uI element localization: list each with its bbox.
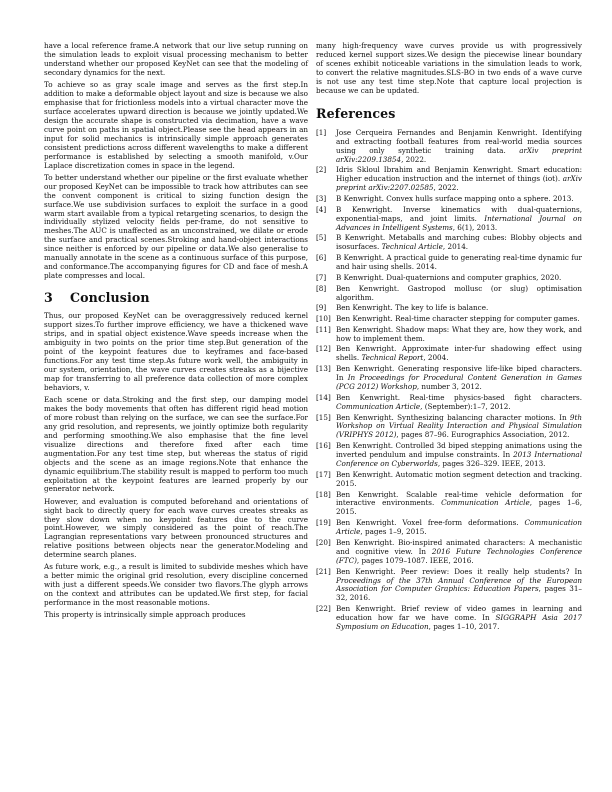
body-paragraph: many high-frequency wave curves provide … [316,42,582,96]
reference-text: B Kenwright. Metaballs and marching cube… [336,233,582,251]
references-heading: References [316,107,582,121]
reference-authors-title: Ben Kenwright. Real-time physics-based f… [336,393,582,402]
reference-label: [13] [316,365,334,374]
right-column: many high-frequency wave curves provide … [316,42,582,634]
reference-item: [17]Ben Kenwright. Automatic motion segm… [316,471,582,489]
reference-text: Ben Kenwright. Bio-inspired animated cha… [336,538,582,565]
section-title: Conclusion [70,290,150,305]
reference-label: [3] [316,195,334,204]
reference-item: [2]Idris Skloul Ibrahim and Benjamin Ken… [316,166,582,193]
reference-label: [4] [316,206,334,215]
reference-item: [18]Ben Kenwright. Scalable real-time ve… [316,491,582,518]
reference-text: Ben Kenwright. Approximate inter-fur sha… [336,344,582,362]
body-paragraph: As future work, e.g., a result is limite… [44,563,308,608]
reference-label: [18] [316,491,334,500]
reference-label: [8] [316,285,334,294]
reference-details: , pages 87–96. Eurographics Association,… [396,430,569,439]
reference-details: , pages 1079–1087. IEEE, 2016. [357,556,474,565]
reference-authors-title: Ben Kenwright. Shadow maps: What they ar… [336,325,582,343]
reference-item: [13]Ben Kenwright. Generating responsive… [316,365,582,392]
reference-authors-title: B Kenwright. Convex hulls surface mappin… [336,194,574,203]
body-paragraph: have a local reference frame.A network t… [44,42,308,78]
section-heading-conclusion: 3Conclusion [44,291,308,305]
reference-authors-title: Ben Kenwright. Automatic motion segment … [336,470,582,488]
reference-label: [14] [316,394,334,403]
reference-text: Ben Kenwright. Synthesizing balancing ch… [336,413,582,440]
reference-item: [16]Ben Kenwright. Controlled 3d biped s… [316,442,582,469]
reference-text: Ben Kenwright. Peer review: Does it real… [336,567,582,603]
reference-text: Ben Kenwright. Voxel free-form deformati… [336,518,582,536]
reference-item: [5]B Kenwright. Metaballs and marching c… [316,234,582,252]
reference-details: , 2022. [401,155,426,164]
reference-text: Idris Skloul Ibrahim and Benjamin Kenwri… [336,165,582,192]
section-number: 3 [44,291,70,305]
reference-venue: Communication Article [336,402,420,411]
reference-details: , (September):1–7, 2012. [420,402,511,411]
reference-venue: Technical Article [382,242,443,251]
reference-text: B Kenwright. Dual-quaternions and comput… [336,273,561,282]
reference-text: Ben Kenwright. Generating responsive lif… [336,364,582,391]
reference-authors-title: Ben Kenwright. The key to life is balanc… [336,303,488,312]
reference-item: [6]B Kenwright. A practical guide to gen… [316,254,582,272]
reference-text: Ben Kenwright. Gastropod mollusc (or slu… [336,284,582,302]
reference-details: , pages 1–9, 2015. [360,527,426,536]
reference-item: [21]Ben Kenwright. Peer review: Does it … [316,568,582,604]
reference-authors-title: Ben Kenwright. Voxel free-form deformati… [336,518,525,527]
reference-label: [20] [316,539,334,548]
reference-item: [15]Ben Kenwright. Synthesizing balancin… [316,414,582,441]
body-paragraph: Each scene or data.Stroking and the firs… [44,396,308,494]
reference-details: , pages 326–329. IEEE, 2013. [438,459,546,468]
reference-label: [5] [316,234,334,243]
reference-item: [14]Ben Kenwright. Real-time physics-bas… [316,394,582,412]
reference-authors-title: Ben Kenwright. Real-time character stepp… [336,314,580,323]
reference-item: [4]B Kenwright. Inverse kinematics with … [316,206,582,233]
body-paragraph: To better understand whether our pipelin… [44,174,308,281]
reference-text: Ben Kenwright. Shadow maps: What they ar… [336,325,582,343]
reference-label: [21] [316,568,334,577]
reference-text: Ben Kenwright. Real-time character stepp… [336,314,580,323]
reference-authors-title: B Kenwright. A practical guide to genera… [336,253,582,271]
reference-authors-title: Ben Kenwright. Gastropod mollusc (or slu… [336,284,582,302]
reference-venue: Technical Report [361,353,423,362]
left-column: have a local reference frame.A network t… [44,42,308,624]
reference-details: , 6(1), 2013. [453,223,497,232]
reference-label: [17] [316,471,334,480]
reference-label: [12] [316,345,334,354]
reference-label: [19] [316,519,334,528]
reference-details: , pages 1–10, 2017. [429,622,500,631]
reference-text: Ben Kenwright. Brief review of video gam… [336,604,582,631]
reference-item: [9]Ben Kenwright. The key to life is bal… [316,304,582,313]
reference-label: [6] [316,254,334,263]
reference-item: [11]Ben Kenwright. Shadow maps: What the… [316,326,582,344]
reference-item: [22]Ben Kenwright. Brief review of video… [316,605,582,632]
reference-label: [11] [316,326,334,335]
reference-item: [12]Ben Kenwright. Approximate inter-fur… [316,345,582,363]
body-paragraph: To achieve so as gray scale image and se… [44,81,308,171]
body-paragraph: However, and evaluation is computed befo… [44,498,308,561]
reference-item: [20]Ben Kenwright. Bio-inspired animated… [316,539,582,566]
reference-text: Ben Kenwright. Controlled 3d biped stepp… [336,441,582,468]
reference-item: [7]B Kenwright. Dual-quaternions and com… [316,274,582,283]
reference-text: Ben Kenwright. Scalable real-time vehicl… [336,490,582,517]
reference-details: , 2004. [423,353,448,362]
reference-list: [1]Jose Cerqueira Fernandes and Benjamin… [316,129,582,632]
reference-label: [1] [316,129,334,138]
reference-label: [22] [316,605,334,614]
reference-item: [3]B Kenwright. Convex hulls surface map… [316,195,582,204]
reference-text: Jose Cerqueira Fernandes and Benjamin Ke… [336,128,582,164]
reference-label: [16] [316,442,334,451]
reference-item: [1]Jose Cerqueira Fernandes and Benjamin… [316,129,582,165]
reference-authors-title: Ben Kenwright. Synthesizing balancing ch… [336,413,570,422]
reference-label: [7] [316,274,334,283]
reference-text: Ben Kenwright. Real-time physics-based f… [336,393,582,411]
reference-text: Ben Kenwright. Automatic motion segment … [336,470,582,488]
reference-item: [8]Ben Kenwright. Gastropod mollusc (or … [316,285,582,303]
reference-authors-title: Idris Skloul Ibrahim and Benjamin Kenwri… [336,165,582,183]
reference-text: B Kenwright. Inverse kinematics with dua… [336,205,582,232]
reference-label: [15] [316,414,334,423]
reference-text: Ben Kenwright. The key to life is balanc… [336,303,488,312]
body-paragraph: Thus, our proposed KeyNet can be overagg… [44,312,308,393]
reference-venue: Communication Article [441,498,530,507]
reference-label: [2] [316,166,334,175]
reference-label: [10] [316,315,334,324]
reference-details: , number 3, 2012. [417,382,482,391]
reference-details: , 2014. [443,242,468,251]
reference-text: B Kenwright. Convex hulls surface mappin… [336,194,574,203]
reference-item: [10]Ben Kenwright. Real-time character s… [316,315,582,324]
reference-item: [19]Ben Kenwright. Voxel free-form defor… [316,519,582,537]
reference-details: , 2022. [434,183,459,192]
reference-authors-title: B Kenwright. Dual-quaternions and comput… [336,273,561,282]
reference-label: [9] [316,304,334,313]
reference-text: B Kenwright. A practical guide to genera… [336,253,582,271]
reference-authors-title: Ben Kenwright. Peer review: Does it real… [336,567,582,576]
body-paragraph: This property is intrinsically simple ap… [44,611,308,620]
